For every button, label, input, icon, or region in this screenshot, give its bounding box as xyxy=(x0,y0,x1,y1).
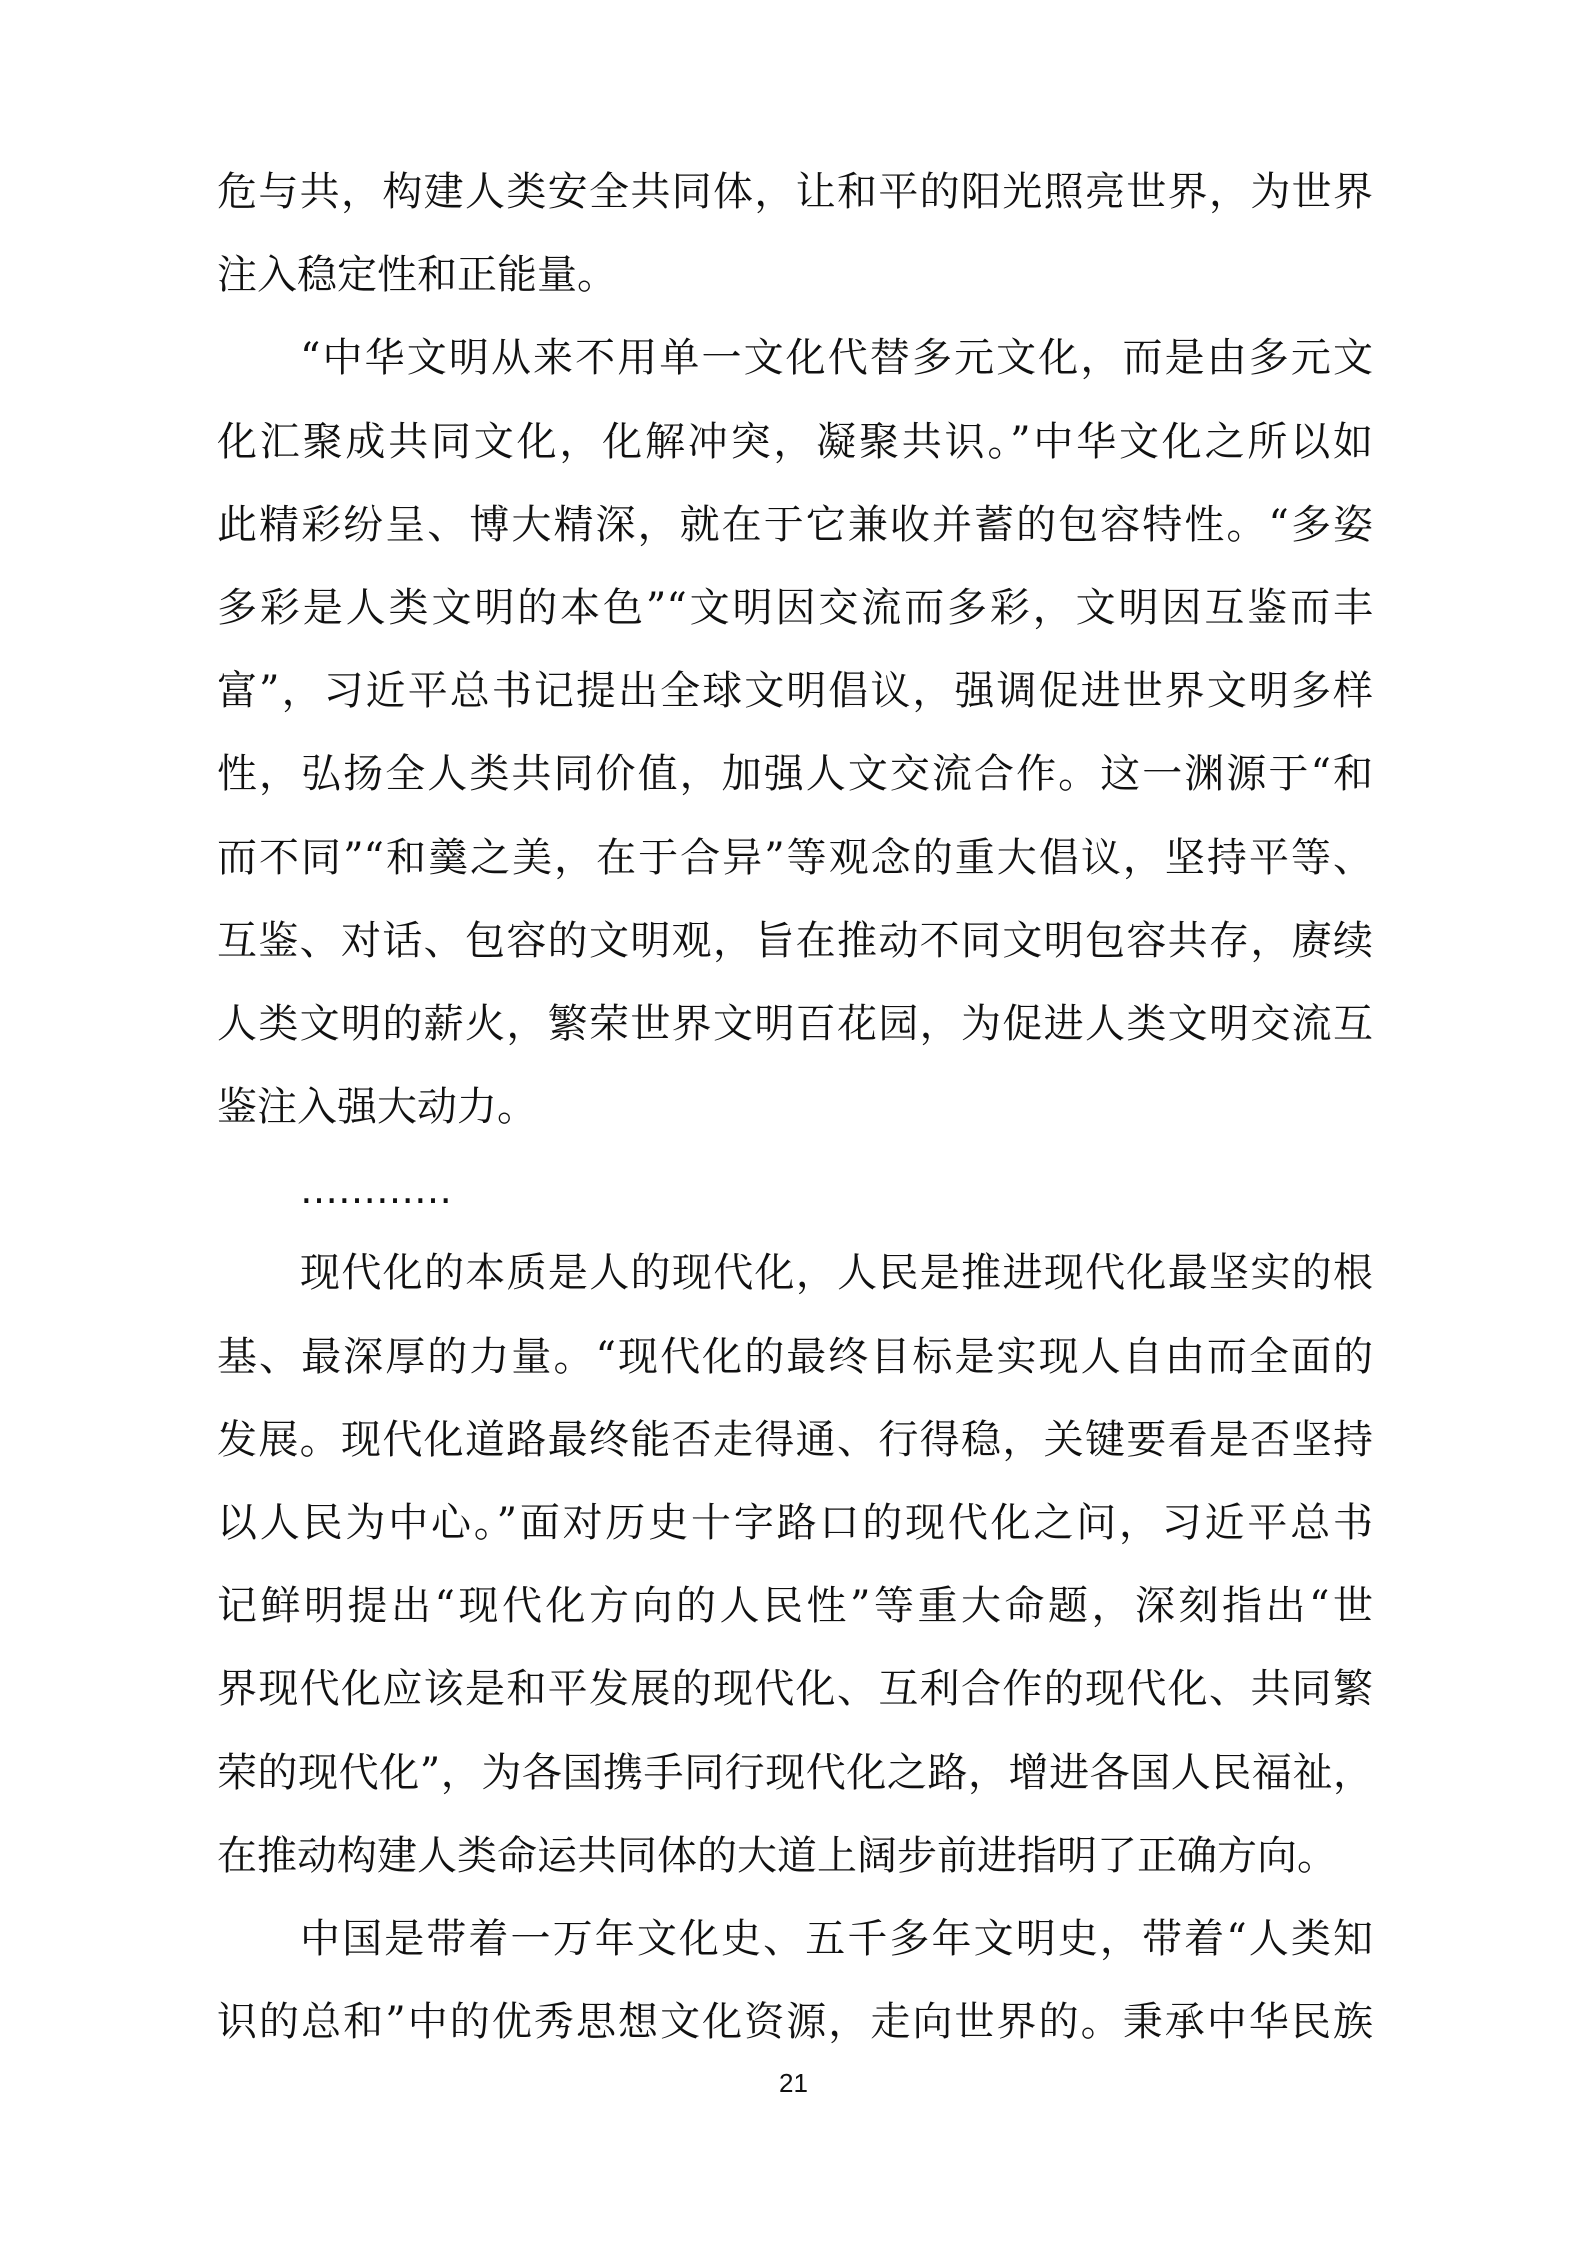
body-text: 危与共，构建人类安全共同体，让和平的阳光照亮世界，为世界 注入稳定性和正能量。 … xyxy=(217,151,1373,2064)
text-line: 识的总和”中的优秀思想文化资源，走向世界的。秉承中华民族 xyxy=(217,1981,1373,2064)
text-line: 鉴注入强大动力。 xyxy=(217,1066,1373,1149)
text-line: 荣的现代化”，为各国携手同行现代化之路，增进各国人民福祉， xyxy=(217,1732,1373,1815)
text-line: 基、最深厚的力量。“现代化的最终目标是实现人自由而全面的 xyxy=(217,1316,1373,1399)
text-line: 互鉴、对话、包容的文明观，旨在推动不同文明包容共存，赓续 xyxy=(217,900,1373,983)
document-page: 危与共，构建人类安全共同体，让和平的阳光照亮世界，为世界 注入稳定性和正能量。 … xyxy=(0,0,1587,2245)
text-line: 此精彩纷呈、博大精深，就在于它兼收并蓄的包容特性。“多姿 xyxy=(217,484,1373,567)
text-line: 中国是带着一万年文化史、五千多年文明史，带着“人类知 xyxy=(217,1898,1373,1981)
text-line: 人类文明的薪火，繁荣世界文明百花园，为促进人类文明交流互 xyxy=(217,983,1373,1066)
text-line: 性，弘扬全人类共同价值，加强人文交流合作。这一渊源于“和 xyxy=(217,733,1373,816)
text-line: 注入稳定性和正能量。 xyxy=(217,234,1373,317)
page-number: 21 xyxy=(0,2068,1587,2099)
text-line: 化汇聚成共同文化，化解冲突，凝聚共识。”中华文化之所以如 xyxy=(217,401,1373,484)
text-line: 危与共，构建人类安全共同体，让和平的阳光照亮世界，为世界 xyxy=(217,151,1373,234)
text-line: 富”，习近平总书记提出全球文明倡议，强调促进世界文明多样 xyxy=(217,650,1373,733)
text-line: 而不同”“和羹之美，在于合异”等观念的重大倡议，坚持平等、 xyxy=(217,817,1373,900)
ellipsis-separator: ………… xyxy=(217,1149,1373,1232)
text-line: 在推动构建人类命运共同体的大道上阔步前进指明了正确方向。 xyxy=(217,1815,1373,1898)
text-line: “中华文明从来不用单一文化代替多元文化，而是由多元文 xyxy=(217,317,1373,400)
text-line: 发展。现代化道路最终能否走得通、行得稳，关键要看是否坚持 xyxy=(217,1399,1373,1482)
text-line: 记鲜明提出“现代化方向的人民性”等重大命题，深刻指出“世 xyxy=(217,1565,1373,1648)
text-line: 现代化的本质是人的现代化，人民是推进现代化最坚实的根 xyxy=(217,1232,1373,1315)
text-line: 界现代化应该是和平发展的现代化、互利合作的现代化、共同繁 xyxy=(217,1648,1373,1731)
text-line: 多彩是人类文明的本色”“文明因交流而多彩，文明因互鉴而丰 xyxy=(217,567,1373,650)
text-line: 以人民为中心。”面对历史十字路口的现代化之问，习近平总书 xyxy=(217,1482,1373,1565)
